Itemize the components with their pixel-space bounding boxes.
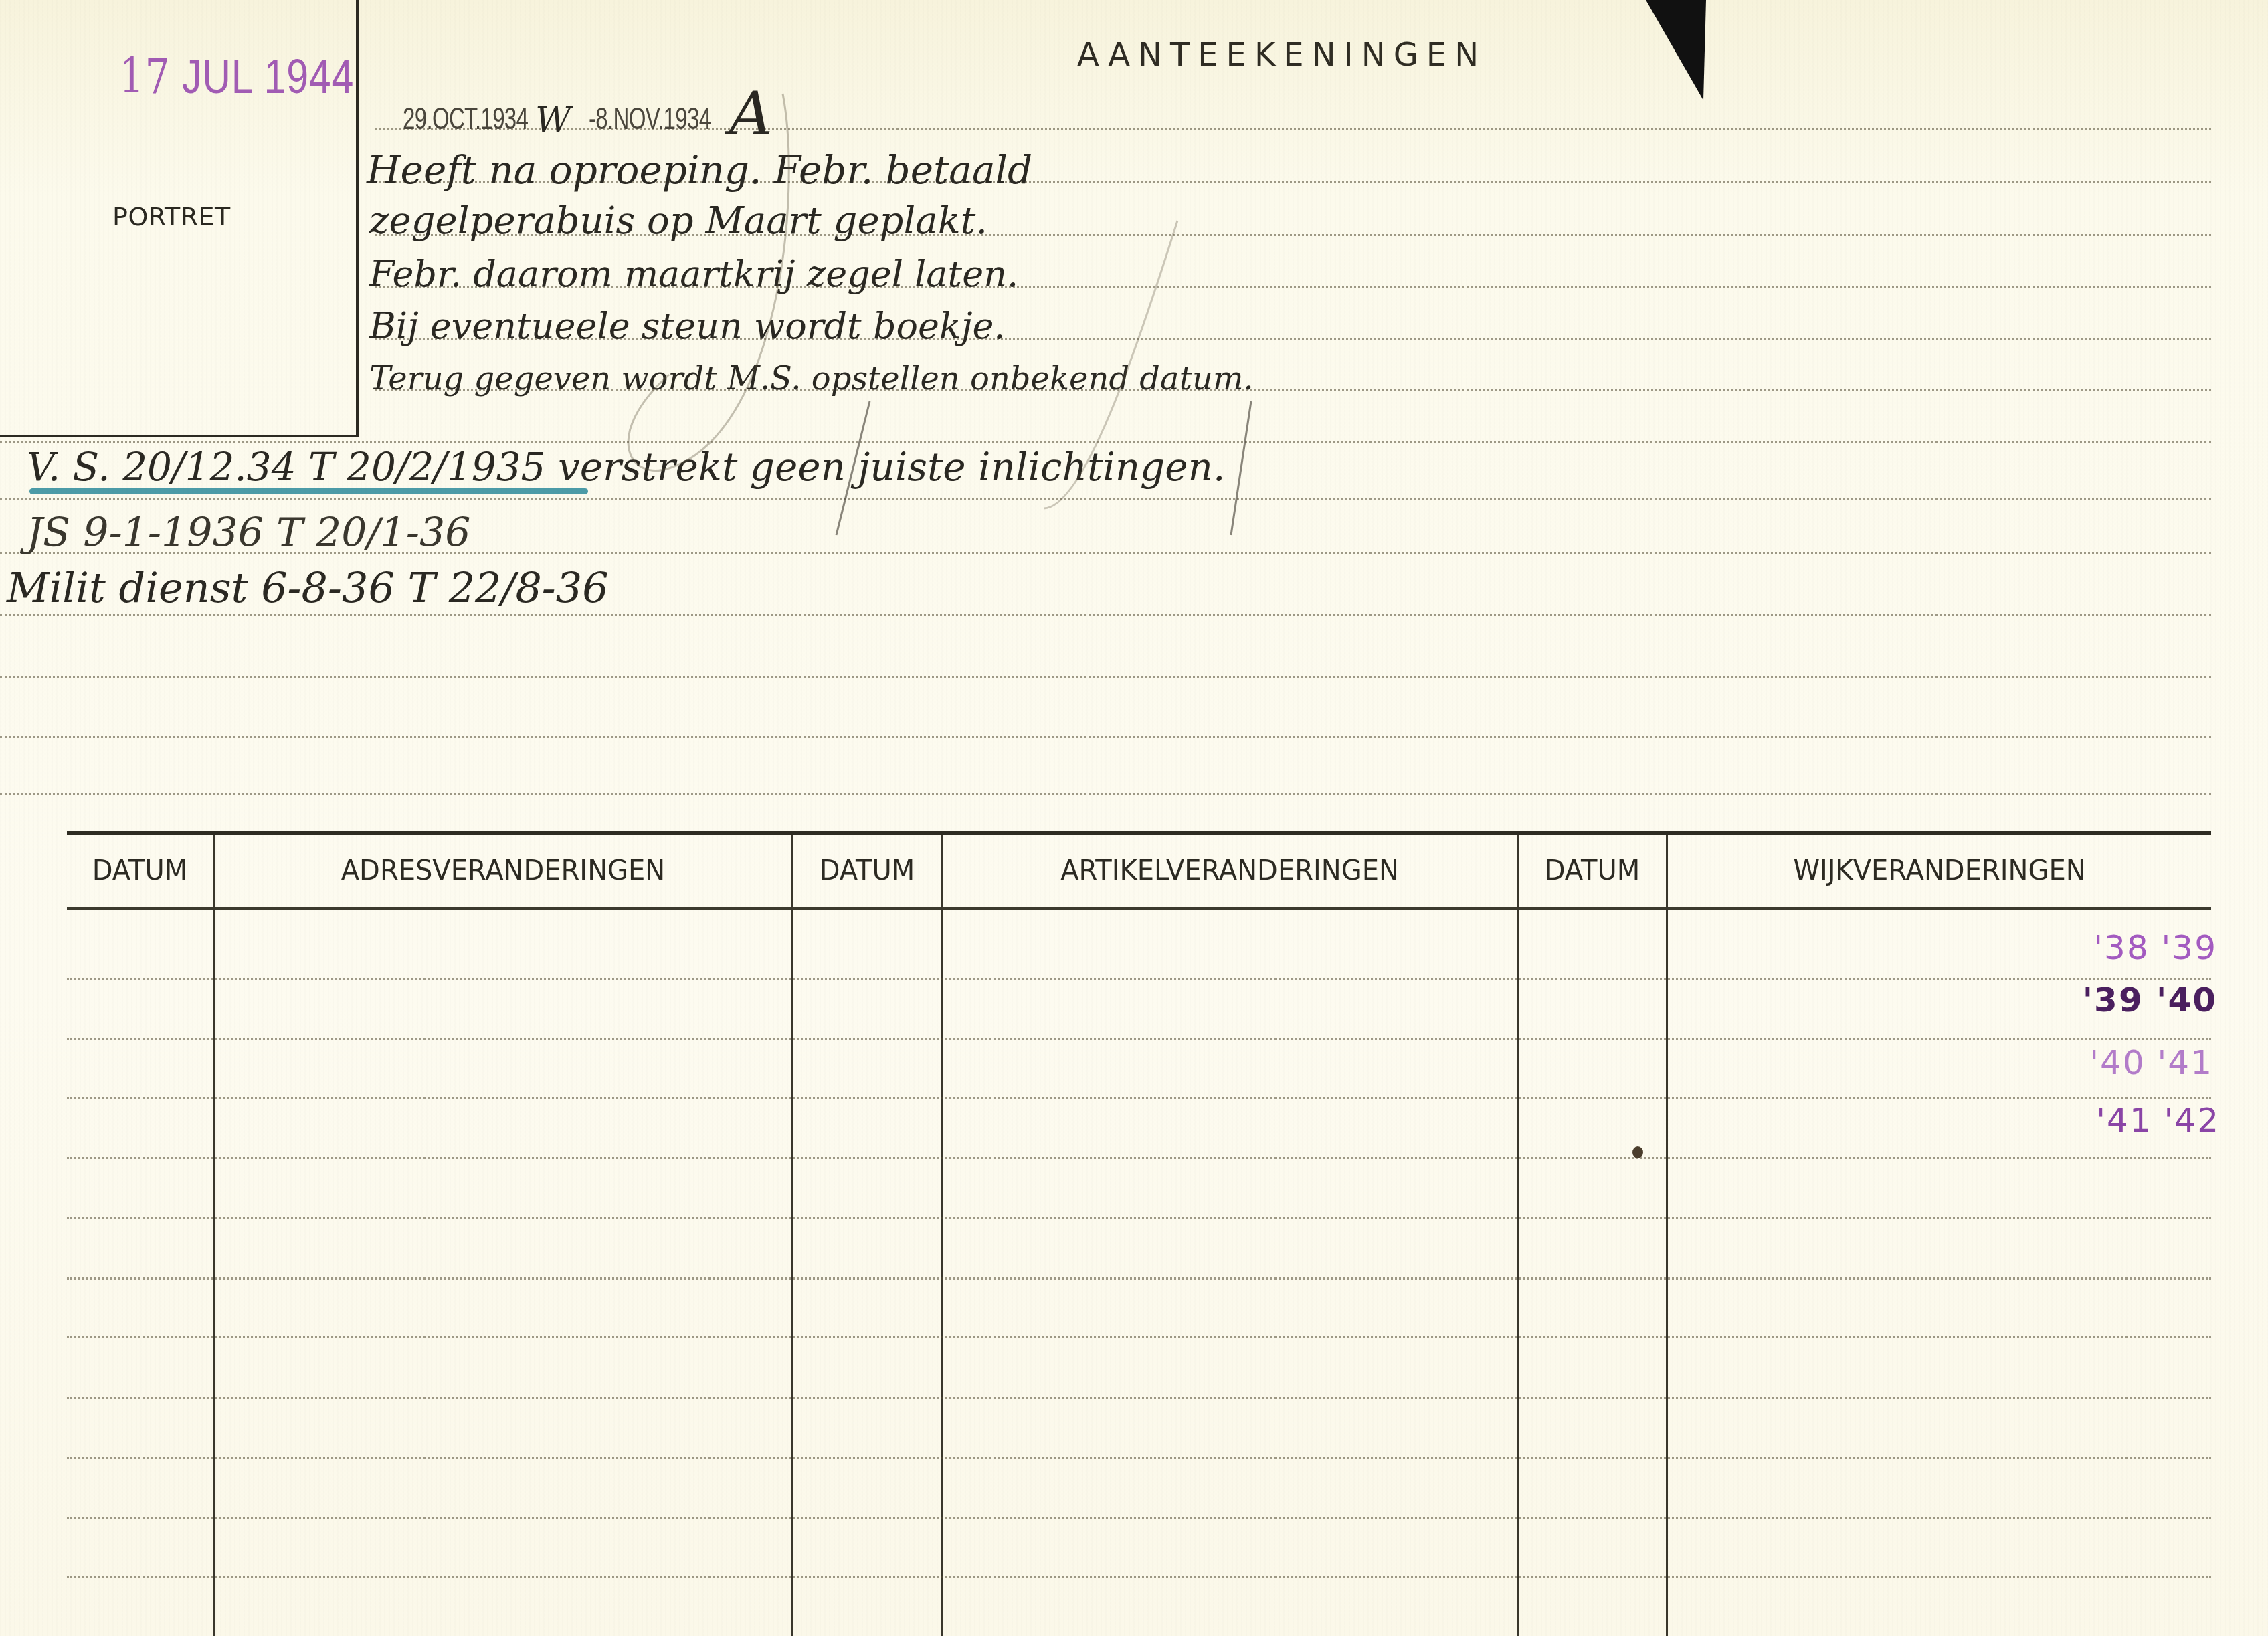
table-row [67, 1038, 2211, 1040]
pencil-strokes [0, 0, 2268, 836]
wijk-stamp-2: '39 '40 [2083, 981, 2217, 1019]
table-row [67, 1097, 2211, 1099]
table-header-border [67, 907, 2211, 910]
column-divider [791, 835, 793, 1636]
wijk-stamp-1: '38 '39 [2093, 928, 2217, 967]
table-row [67, 1517, 2211, 1519]
wijk-stamp-3: '40 '41 [2089, 1043, 2213, 1082]
column-divider [1666, 835, 1668, 1636]
table-row [67, 1457, 2211, 1459]
table-row [67, 1576, 2211, 1578]
column-header-wijkveranderingen: WIJKVERANDERINGEN [1668, 851, 2211, 891]
column-header-adresveranderingen: ADRESVERANDERINGEN [215, 851, 791, 891]
column-divider [941, 835, 943, 1636]
table-row [67, 1217, 2211, 1219]
table-row [67, 978, 2211, 980]
column-divider [1517, 835, 1519, 1636]
table-row [67, 1397, 2211, 1399]
column-header-artikelveranderingen: ARTIKELVERANDERINGEN [943, 851, 1517, 891]
column-divider [213, 835, 215, 1636]
table-top-border [67, 831, 2211, 835]
ink-spot [1632, 1146, 1643, 1158]
table-row [67, 1157, 2211, 1159]
wijk-stamp-4: '41 '42 [2096, 1101, 2220, 1140]
column-header-datum-3: DATUM [1519, 851, 1666, 891]
column-header-datum-1: DATUM [67, 851, 213, 891]
table-row [67, 1336, 2211, 1338]
table-row [67, 1277, 2211, 1280]
column-header-datum-2: DATUM [793, 851, 941, 891]
